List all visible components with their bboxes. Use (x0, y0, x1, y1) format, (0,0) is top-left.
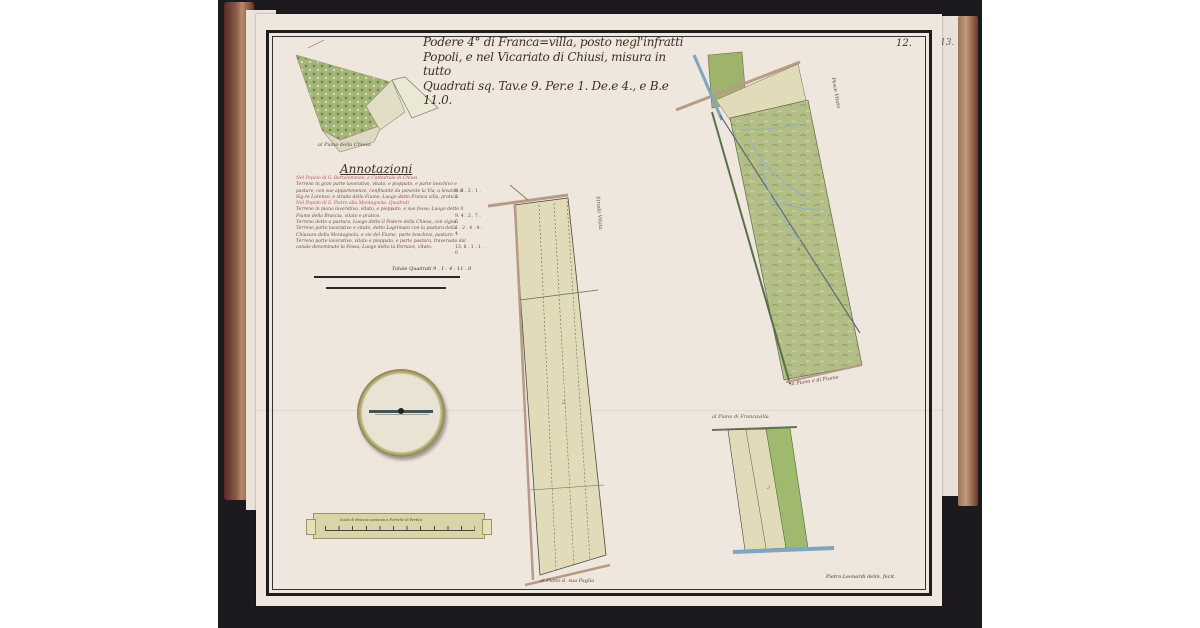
title-line-1: Podere 4° di Franca=villa, posto negl'in… (423, 35, 693, 50)
parcel-1-map (296, 40, 438, 152)
page-number: 12. (896, 38, 912, 49)
parcel-3-label-top: al Piano di Francavilla (712, 414, 769, 420)
cartographer-signature: Pietro Leonardi delin. fecit. (826, 574, 896, 580)
title-line-2: Popoli, e nel Vicariato di Chiusi, misur… (423, 50, 693, 79)
compass-needle-shadow (375, 414, 429, 415)
total-label: Totale Quadrati (392, 266, 432, 272)
scale-bar-handle-left (306, 519, 316, 535)
parcel-2-label-bottom: al Piano d. sua Paglia (540, 578, 594, 584)
scale-bar-label: Scala di Braccia sessanta a Pertiche di … (340, 518, 422, 522)
compass-pivot (398, 408, 404, 414)
parcel-1-label-bottom: al Piano della Chiesa (318, 142, 371, 148)
annotation-value: 9. 4 . 2 . 7 . 6 (455, 214, 485, 227)
parcel-3-map (712, 427, 834, 552)
annotation-entry: Terreno parte lavorativo e vitato, detto… (296, 226, 466, 239)
annotation-value: 9. 4 . 2 . 1 . 2 (455, 189, 485, 202)
parcel-2-number: 2 (562, 400, 565, 406)
map-title: Podere 4° di Franca=villa, posto negl'in… (423, 35, 693, 108)
total-value: 9 . 1 . 4 . 11 . 0 (433, 266, 471, 272)
annotations-heading: Annotazioni (340, 162, 412, 176)
parcel-1-number: 1 (340, 98, 343, 104)
parcel-3-number: 3 (767, 485, 770, 491)
divider-rule (314, 276, 460, 278)
annotation-values: 9. 4 . 2 . 1 . 2 9. 4 . 2 . 7 . 6 1 . 2 … (455, 189, 485, 257)
annotation-value: 1 . 2 . 4 . 4 . 4 (455, 226, 485, 239)
annotation-value: 13. 8 . 1 . 1 . 0 (455, 245, 485, 258)
scale-bar-handle-right (482, 519, 492, 535)
annotation-entry: Terreno parte lavorativo, vitato e piopp… (296, 239, 466, 252)
scale-bar-ticks (325, 526, 475, 531)
annotation-entry: Terreno in piano lavorativo, vitato, e p… (296, 207, 466, 220)
title-line-3: Quadrati sq. Tav.e 9. Per.e 1. De.e 4., … (423, 79, 693, 108)
divider-rule (326, 287, 446, 289)
parcel-2-map (488, 185, 610, 585)
parcel-4-number: 4 (797, 247, 800, 253)
annotations-list: Nel Popolo di S. Bartolommeo, e Cattedra… (296, 176, 466, 252)
annotations-total: Totale Quadrati 9 . 1 . 4 . 11 . 0 (392, 266, 471, 272)
annotation-entry: Terreno in gran parte lavorativo, vitato… (296, 182, 466, 201)
